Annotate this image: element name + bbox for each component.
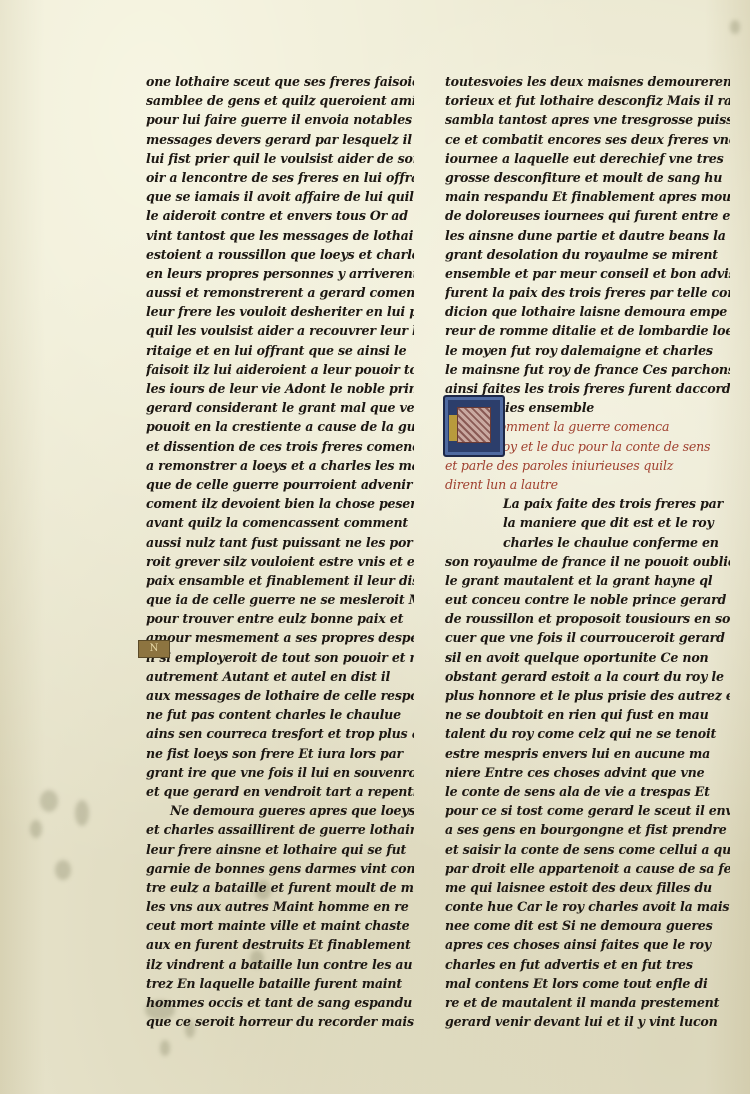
text-line: en leurs propres personnes y arriverent xyxy=(146,264,414,283)
text-line: aussi et remonstrerent a gerard coment xyxy=(146,283,414,302)
text-line: vint tantost que les messages de lothair… xyxy=(146,226,414,245)
text-line: reur de romme ditalie et de lombardie lo… xyxy=(445,321,730,340)
text-line: autrement Autant et autel en dist il xyxy=(146,667,414,686)
right-text-column: toutesvoies les deux maisnes demourerent… xyxy=(445,72,730,1031)
text-line: main respandu Et finablement apres moult xyxy=(445,187,730,206)
text-line: pouoit en la crestiente a cause de la gu… xyxy=(146,417,414,436)
text-line: par droit elle appartenoit a cause de sa… xyxy=(445,859,730,878)
text-line: il si employeroit de tout son pouoir et … xyxy=(146,648,414,667)
text-line: et dissention de ces trois freres comenc… xyxy=(146,437,414,456)
text-line: cuer que vne fois il courrouceroit gerar… xyxy=(445,628,730,647)
text-line: aussi nulz tant fust puissant ne les por xyxy=(146,533,414,552)
text-line: garnie de bonnes gens darmes vint con xyxy=(146,859,414,878)
text-line: les ainsne dune partie et dautre beans l… xyxy=(445,226,730,245)
text-line: quil les voulsist aider a recouvrer leur… xyxy=(146,321,414,340)
text-line: faisoit ilz lui aideroient a leur pouoir… xyxy=(146,360,414,379)
text-line: dicion que lothaire laisne demoura empe xyxy=(445,302,730,321)
text-line: ce et combatit encores ses deux freres v… xyxy=(445,130,730,149)
text-line: a remonstrer a loeys et a charles les ma… xyxy=(146,456,414,475)
text-line: leur frere les vouloit desheriter en lui… xyxy=(146,302,414,321)
text-line: de roussillon et proposoit tousiours en … xyxy=(445,609,730,628)
text-line: son royaulme de france il ne pouoit oubl… xyxy=(445,552,730,571)
text-line: torieux et fut lothaire desconfiz Mais i… xyxy=(445,91,730,110)
text-line: dirent lun a lautre xyxy=(445,475,730,494)
text-line: pour ce si tost come gerard le sceut il … xyxy=(445,801,730,820)
parchment-stain xyxy=(30,820,42,838)
text-line: talent du roy come celz qui ne se tenoit xyxy=(445,724,730,743)
text-line: leur frere ainsne et lothaire qui se fut xyxy=(146,840,414,859)
text-line: mal contens Et lors come tout enfle di xyxy=(445,974,730,993)
gold-initial: N xyxy=(138,640,170,658)
text-line: aux messages de lothaire de celle respon… xyxy=(146,686,414,705)
parchment-stain xyxy=(75,800,89,826)
text-line: charles en fut advertis et en fut tres xyxy=(445,955,730,974)
text-line: ne se doubtoit en rien qui fust en mau xyxy=(445,705,730,724)
text-line: avant quilz la comencassent comment xyxy=(146,513,414,532)
initial-gold-bar xyxy=(449,415,457,441)
text-line: iournee a laquelle eut derechief vne tre… xyxy=(445,149,730,168)
text-line: amour mesmement a ses propres despens xyxy=(146,628,414,647)
text-line: et saisir la conte de sens come cellui a… xyxy=(445,840,730,859)
text-line: toutesvoies les deux maisnes demourerent… xyxy=(445,72,730,91)
text-line: one lothaire sceut que ses freres faisoi… xyxy=(146,72,414,91)
text-line: nee come dit est Si ne demoura gueres xyxy=(445,916,730,935)
text-line: Ne demoura gueres apres que loeys xyxy=(146,801,414,820)
parchment-stain xyxy=(730,20,740,34)
text-line: que ia de celle guerre ne se mesleroit M… xyxy=(146,590,414,609)
text-line: ensemble et par meur conseil et bon advi… xyxy=(445,264,730,283)
text-line: coment ilz devoient bien la chose peser xyxy=(146,494,414,513)
text-line: estre mespris envers lui en aucune ma xyxy=(445,744,730,763)
text-line: estoient a roussillon que loeys et charl… xyxy=(146,245,414,264)
text-line: grant ire que vne fois il lui en souvenr… xyxy=(146,763,414,782)
text-line: et que gerard en vendroit tart a repenti… xyxy=(146,782,414,801)
text-line: apres ces choses ainsi faites que le roy xyxy=(445,935,730,954)
text-line: et parle des paroles iniurieuses quilz xyxy=(445,456,730,475)
text-line: a ses gens en bourgongne et fist prendre xyxy=(445,820,730,839)
text-line: pour trouver entre eulz bonne paix et xyxy=(146,609,414,628)
text-line: et charles assaillirent de guerre lothai… xyxy=(146,820,414,839)
text-line: charles le chaulue conferme en xyxy=(445,533,730,552)
text-line: re et de mautalent il manda prestement xyxy=(445,993,730,1012)
text-line: ains sen courreca tresfort et trop plus … xyxy=(146,724,414,743)
text-line: que de celle guerre pourroient advenir e… xyxy=(146,475,414,494)
text-line: le aideroit contre et envers tous Or ad xyxy=(146,206,414,225)
text-line: sambla tantost apres vne tresgrosse puis… xyxy=(445,110,730,129)
text-line: le mainsne fut roy de france Ces parchon… xyxy=(445,360,730,379)
text-line: paix ensamble et finablement il leur dis… xyxy=(146,571,414,590)
text-line: le moyen fut roy dalemaigne et charles xyxy=(445,341,730,360)
text-line: conte hue Car le roy charles avoit la ma… xyxy=(445,897,730,916)
text-line: lui fist prier quil le voulsist aider de… xyxy=(146,149,414,168)
text-line: oir a lencontre de ses freres en lui off… xyxy=(146,168,414,187)
text-line: gerard considerant le grant mal que veni… xyxy=(146,398,414,417)
parchment-stain xyxy=(55,860,71,880)
text-line: sil en avoit quelque oportunite Ce non xyxy=(445,648,730,667)
text-line: le grant mautalent et la grant hayne ql xyxy=(445,571,730,590)
text-line: obstant gerard estoit a la court du roy … xyxy=(445,667,730,686)
text-line: ilz vindrent a bataille lun contre les a… xyxy=(146,955,414,974)
text-line: niere Entre ces choses advint que vne xyxy=(445,763,730,782)
text-line: ne fut pas content charles le chaulue xyxy=(146,705,414,724)
text-line: roit grever silz vouloient estre vnis et… xyxy=(146,552,414,571)
text-line: que se iamais il avoit affaire de lui qu… xyxy=(146,187,414,206)
text-line: furent la paix des trois freres par tell… xyxy=(445,283,730,302)
text-line: samblee de gens et quilz queroient amis xyxy=(146,91,414,110)
text-line: ceut mort mainte ville et maint chaste xyxy=(146,916,414,935)
text-line: hommes occis et tant de sang espandu xyxy=(146,993,414,1012)
text-line: grosse desconfiture et moult de sang hu xyxy=(445,168,730,187)
left-text-column: one lothaire sceut que ses freres faisoi… xyxy=(146,72,414,1031)
text-line: plus honnore et le plus prisie des autre… xyxy=(445,686,730,705)
text-line: que ce seroit horreur du recorder mais xyxy=(146,1012,414,1031)
text-line: pour lui faire guerre il envoia notables xyxy=(146,110,414,129)
text-line: eut conceu contre le noble prince gerard xyxy=(445,590,730,609)
text-line: ritaige et en lui offrant que se ainsi l… xyxy=(146,341,414,360)
text-line: trez En laquelle bataille furent maint xyxy=(146,974,414,993)
text-line: les vns aux autres Maint homme en re xyxy=(146,897,414,916)
text-line: tre eulz a bataille et furent moult de m… xyxy=(146,878,414,897)
text-line: me qui laisnee estoit des deux filles du xyxy=(445,878,730,897)
text-line: gerard venir devant lui et il y vint luc… xyxy=(445,1012,730,1031)
text-line: le conte de sens ala de vie a trespas Et xyxy=(445,782,730,801)
parchment-stain xyxy=(40,790,58,812)
illuminated-initial xyxy=(443,395,505,457)
initial-diaper-pattern xyxy=(457,407,491,443)
text-line: la maniere que dit est et le roy xyxy=(445,513,730,532)
text-line: ne fist loeys son frere Et iura lors par xyxy=(146,744,414,763)
parchment-stain xyxy=(160,1040,170,1056)
text-line: messages devers gerard par lesquelz il xyxy=(146,130,414,149)
text-line: grant desolation du royaulme se mirent xyxy=(445,245,730,264)
text-line: les iours de leur vie Adont le noble pri… xyxy=(146,379,414,398)
text-line: de doloreuses iournees qui furent entre … xyxy=(445,206,730,225)
text-line: La paix faite des trois freres par xyxy=(445,494,730,513)
text-line: aux en furent destruits Et finablement xyxy=(146,935,414,954)
